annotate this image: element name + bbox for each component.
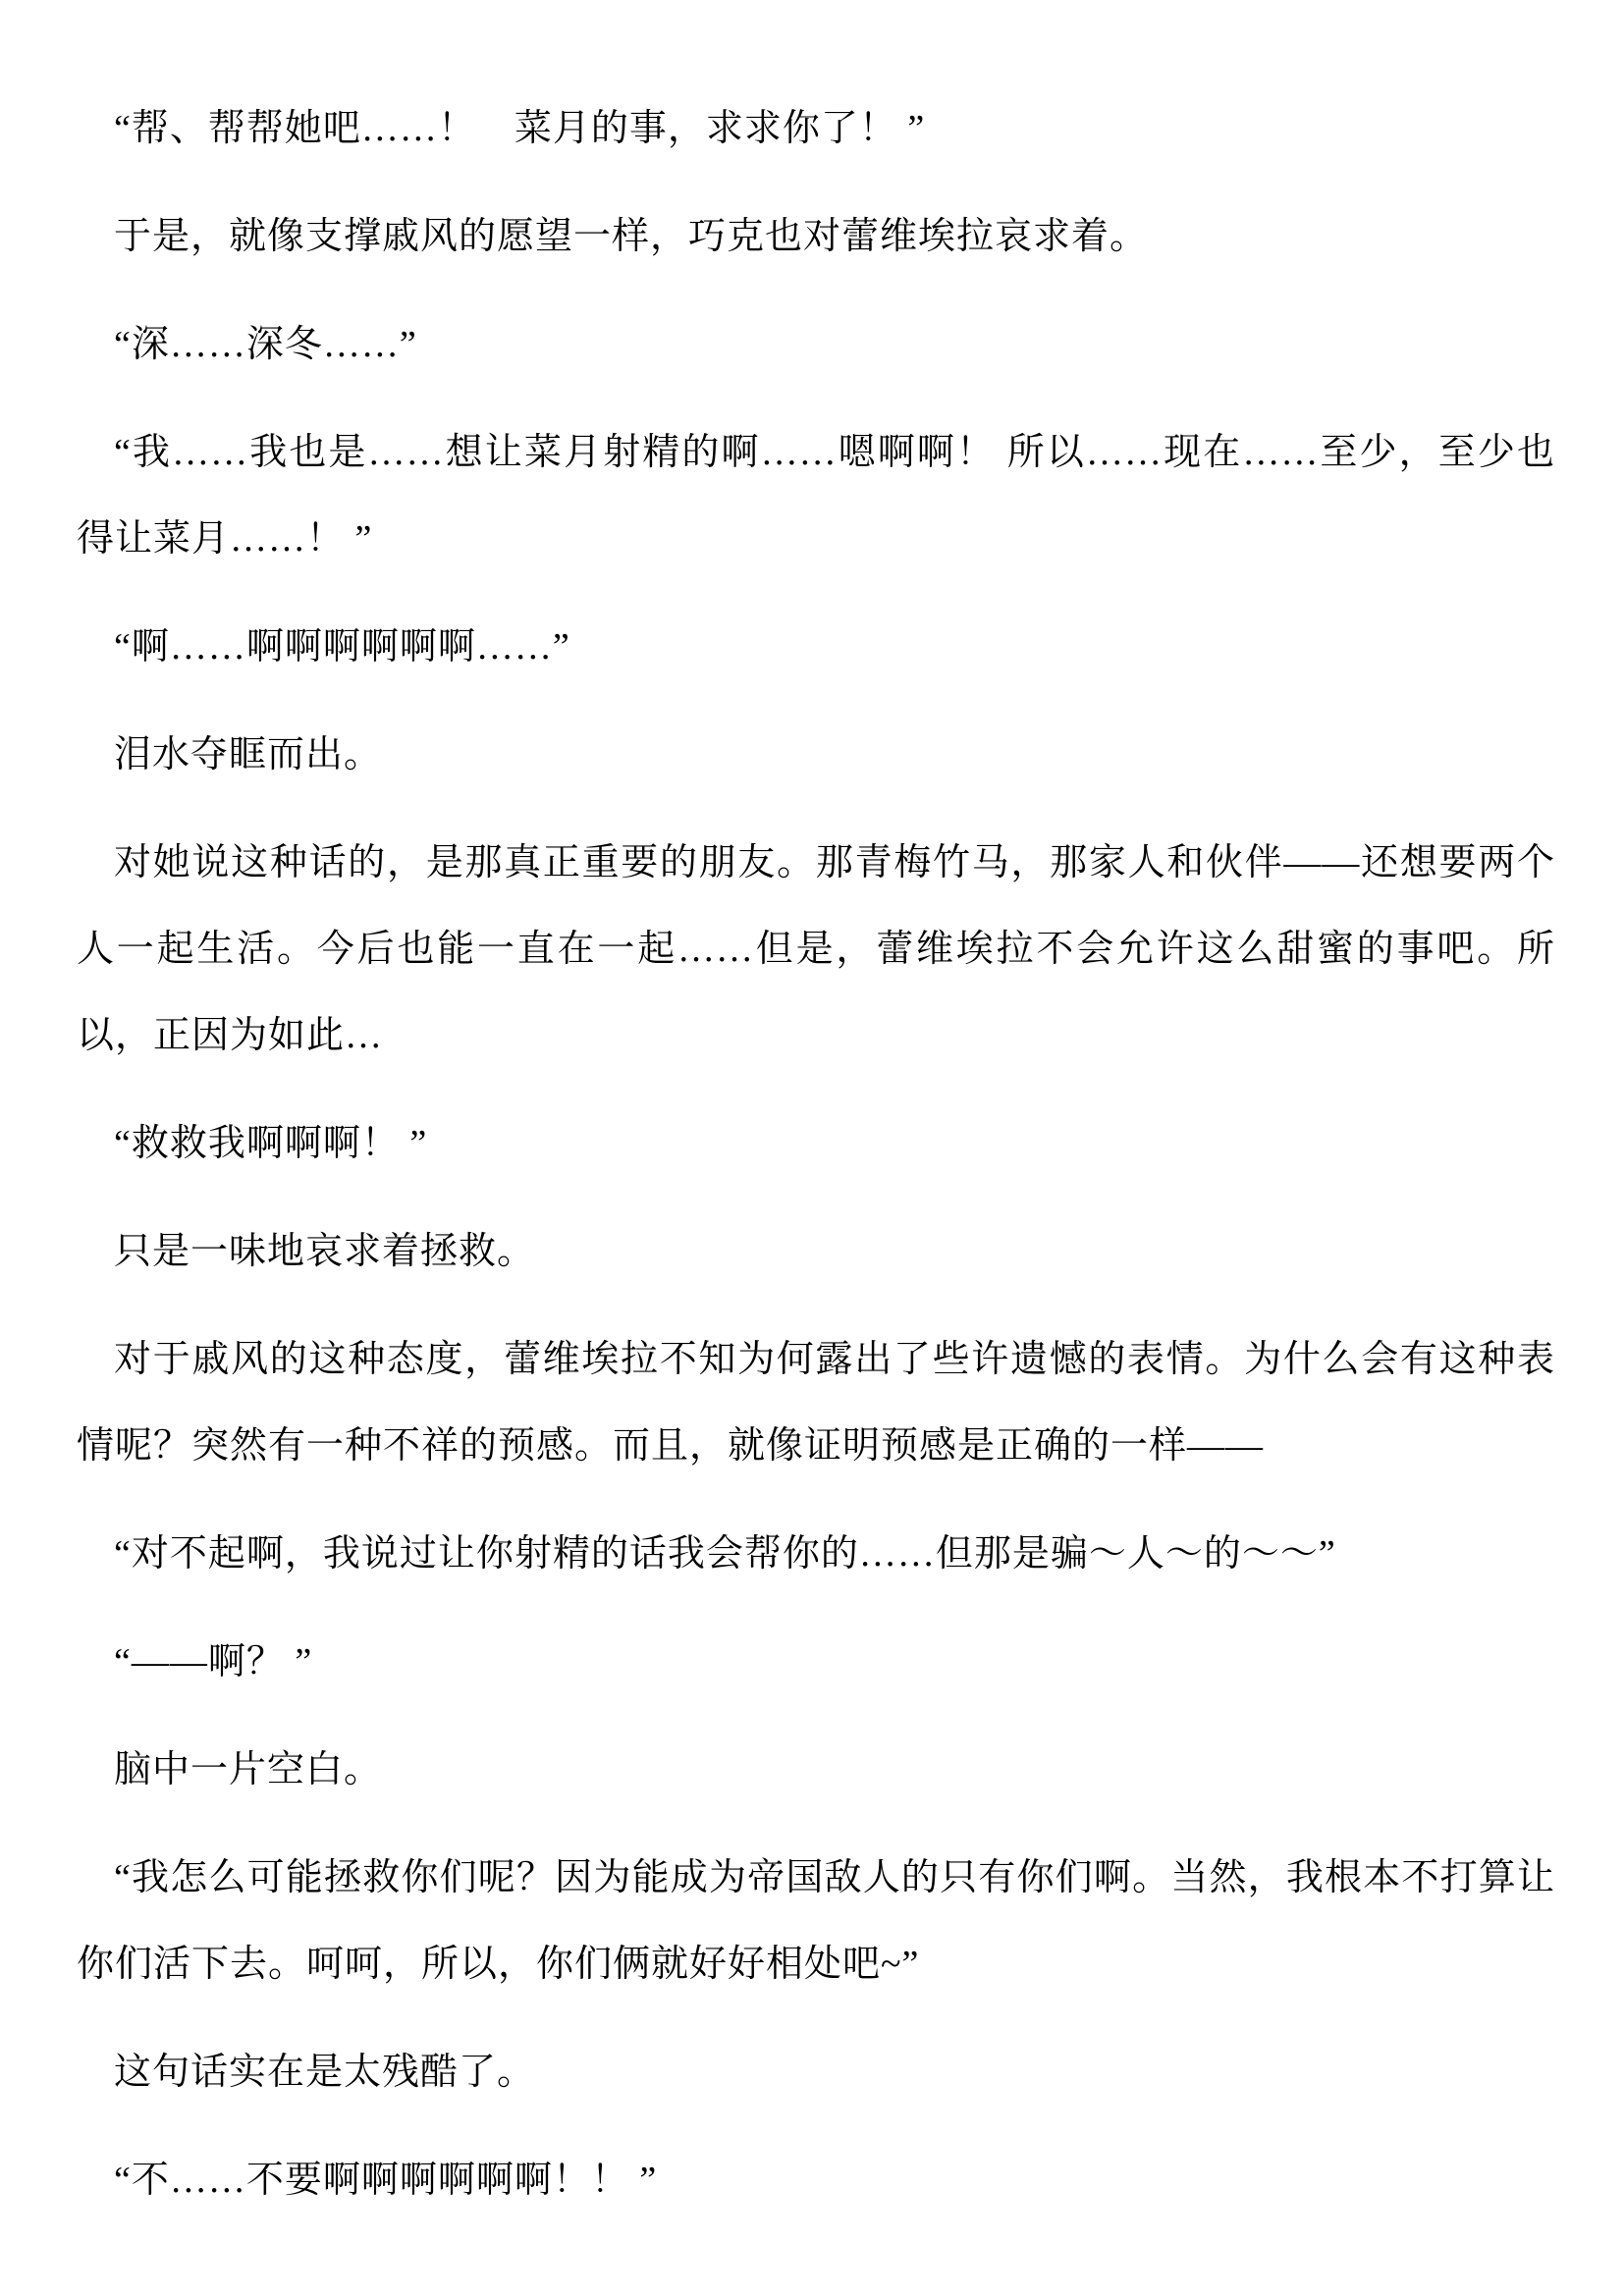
document-page: “帮、帮帮她吧……！ 菜月的事，求求你了！ ” 于是，就像支撑戚风的愿望一样，巧… [0, 0, 1624, 2296]
paragraph-dialogue: “救救我啊啊啊！ ” [77, 1100, 1555, 1187]
paragraph-dialogue: “我……我也是……想让菜月射精的啊……嗯啊啊！ 所以……现在……至少，至少也得让… [77, 409, 1555, 582]
paragraph-dialogue: “对不起啊，我说过让你射精的话我会帮你的……但那是骗～人～的～～” [77, 1511, 1555, 1597]
paragraph-dialogue: “帮、帮帮她吧……！ 菜月的事，求求你了！ ” [77, 85, 1555, 172]
paragraph-narration: 脑中一片空白。 [77, 1727, 1555, 1813]
paragraph-narration: 泪水夺眶而出。 [77, 712, 1555, 798]
paragraph-narration: 只是一味地哀求着拯救。 [77, 1208, 1555, 1295]
paragraph-dialogue: “深……深冬……” [77, 301, 1555, 388]
paragraph-narration: 对于戚风的这种态度，蕾维埃拉不知为何露出了些许遗憾的表情。为什么会有这种表情呢？… [77, 1316, 1555, 1489]
paragraph-narration: 这句话实在是太残酷了。 [77, 2029, 1555, 2115]
paragraph-dialogue: “啊……啊啊啊啊啊啊……” [77, 604, 1555, 690]
paragraph-dialogue: “不……不要啊啊啊啊啊啊！！ ” [77, 2137, 1555, 2223]
paragraph-narration: 对她说这种话的，是那真正重要的朋友。那青梅竹马，那家人和伙伴——还想要两个人一起… [77, 820, 1555, 1079]
paragraph-dialogue: “我怎么可能拯救你们呢？因为能成为帝国敌人的只有你们啊。当然，我根本不打算让你们… [77, 1835, 1555, 2007]
paragraph-narration: 于是，就像支撑戚风的愿望一样，巧克也对蕾维埃拉哀求着。 [77, 193, 1555, 280]
paragraph-dialogue: “——啊？ ” [77, 1619, 1555, 1705]
